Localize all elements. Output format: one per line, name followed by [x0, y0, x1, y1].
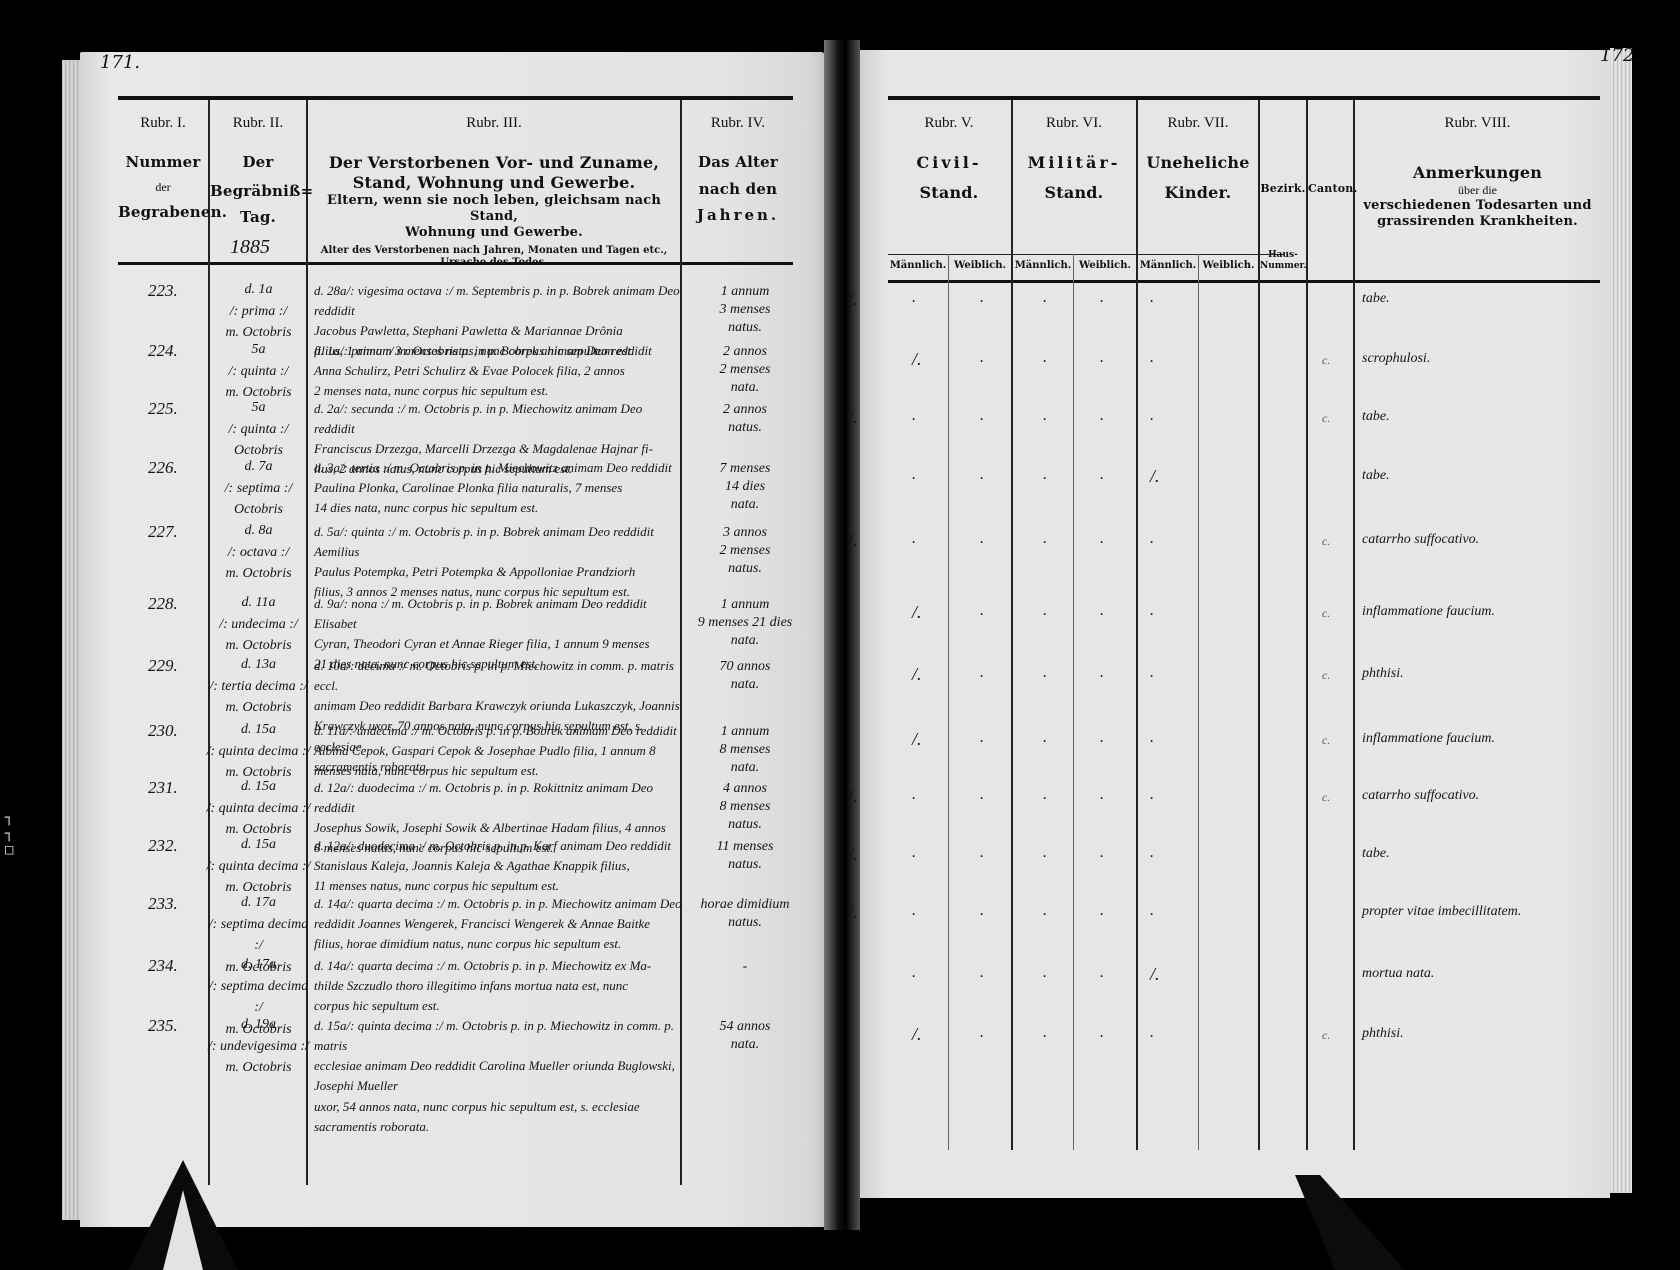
- burial-line: /: tertia decima :/: [206, 676, 311, 698]
- age-at-death: -: [690, 958, 800, 976]
- military-female-mark: .: [1043, 602, 1047, 620]
- record-line: corpus hic sepultum est.: [314, 996, 684, 1016]
- military-male-mark: .: [980, 602, 984, 620]
- rubr5-line1: Civil-: [888, 153, 1010, 173]
- civil-female-header: Weiblich.: [949, 260, 1011, 273]
- military-female-mark: .: [1043, 349, 1047, 367]
- entry-record: d. 15a/: quinta decima :/ m. Octobris p.…: [314, 1016, 684, 1137]
- illegitimate-female-mark: .: [1150, 602, 1154, 620]
- civil-male-mark: /.: [848, 289, 858, 310]
- illegitimate-female-mark: .: [1150, 786, 1154, 804]
- military-female-mark: .: [1043, 289, 1047, 307]
- illegitimate-male-mark: .: [1100, 786, 1104, 804]
- cause-of-death: propter vitae imbecillitatem.: [1362, 904, 1521, 920]
- record-line: thilde Szczudlo thoro illegitimo infans …: [314, 976, 684, 996]
- civil-male-mark: .: [848, 466, 852, 484]
- book-gutter: [824, 40, 860, 1230]
- burial-line: /: undevigesima :/: [206, 1036, 311, 1058]
- civil-female-mark: .: [912, 530, 916, 548]
- civil-female-mark: .: [912, 902, 916, 920]
- civil-male-mark: .: [848, 664, 852, 682]
- rubr5-header: Rubr. V. Civil- Stand.: [888, 114, 1010, 203]
- illegitimate-male-mark: .: [1100, 530, 1104, 548]
- record-line: d. 12a/: duodecima :/ m. Octobris p. in …: [314, 836, 684, 856]
- age-line: nata.: [690, 1036, 800, 1054]
- sex-divider: [1073, 254, 1074, 1150]
- bezirk-header: Bezirk.: [1260, 182, 1306, 196]
- rubr4-line1: Das Alter: [682, 153, 794, 172]
- entry-record: d. 14a/: quarta decima :/ m. Octobris p.…: [314, 894, 684, 954]
- military-female-mark: .: [1043, 964, 1047, 982]
- cause-of-death: tabe.: [1362, 409, 1390, 425]
- entry-record: d. 12a/: duodecima :/ m. Octobris p. in …: [314, 836, 684, 896]
- civil-female-mark: /.: [912, 664, 922, 685]
- rubr8-header: Rubr. VIII. Anmerkungen über die verschi…: [1355, 114, 1600, 230]
- burial-date: d. 15a/: quinta decima :/m. Octobris: [206, 834, 311, 899]
- military-female-mark: .: [1043, 786, 1047, 804]
- age-line: 8 menses: [690, 798, 800, 816]
- sex-divider: [948, 254, 949, 1150]
- film-frame-marks: ┐┐□: [5, 810, 13, 858]
- age-line: nata.: [690, 496, 800, 514]
- civil-male-mark: /.: [848, 902, 858, 923]
- illegitimate-female-mark: .: [1150, 902, 1154, 920]
- rubr5-line2: Stand.: [888, 183, 1010, 203]
- header-top-rule-left: [118, 96, 793, 100]
- burial-line: 5a: [206, 397, 311, 419]
- burial-line: /: quinta decima :/: [206, 741, 311, 763]
- cause-of-death: phthisi.: [1362, 666, 1404, 682]
- burial-line: d. 17a: [206, 954, 311, 976]
- record-line: d. 5a/: quinta :/ m. Octobris p. in p. B…: [314, 522, 684, 562]
- entry-number: 226.: [148, 458, 178, 478]
- civil-male-mark: /.: [848, 407, 858, 428]
- illegitimate-male-header: Männlich.: [1138, 260, 1198, 273]
- rubr4-line3: Jahren.: [682, 206, 794, 225]
- record-line: d. 28a/: vigesima octava :/ m. Septembri…: [314, 281, 684, 321]
- age-line: 9 menses 21 dies: [690, 614, 800, 632]
- military-male-header: Männlich.: [1013, 260, 1073, 273]
- rubr8-line3: verschiedenen Todesarten und: [1355, 198, 1600, 214]
- military-male-mark: .: [980, 407, 984, 425]
- rubr-label: Rubr. III.: [308, 114, 680, 133]
- illegitimate-male-mark: .: [1100, 844, 1104, 862]
- entry-number: 224.: [148, 341, 178, 361]
- military-male-mark: .: [980, 349, 984, 367]
- page-number-right: 172.: [1600, 45, 1640, 66]
- entry-number: 230.: [148, 721, 178, 741]
- rubr-label: Rubr. VI.: [1013, 114, 1135, 133]
- rubr8-line2: über die: [1355, 183, 1600, 198]
- military-female-mark: .: [1043, 466, 1047, 484]
- age-line: natus.: [690, 914, 800, 932]
- illegitimate-female-mark: .: [1150, 349, 1154, 367]
- burial-line: d. 17a: [206, 892, 311, 914]
- civil-male-header: Männlich.: [888, 260, 948, 273]
- age-line: 7 menses: [690, 460, 800, 478]
- illegitimate-female-mark: .: [1150, 844, 1154, 862]
- military-female-header: Weiblich.: [1074, 260, 1136, 273]
- cause-of-death: mortua nata.: [1362, 966, 1434, 982]
- canton-mark: c.: [1322, 606, 1330, 621]
- burial-date: d. 7a/: septima :/Octobris: [206, 456, 311, 521]
- age-line: natus.: [690, 816, 800, 834]
- rubr6-line1: Militär-: [1013, 153, 1135, 173]
- burial-line: d. 11a: [206, 592, 311, 614]
- rubr3-line1: Der Verstorbenen Vor- und Zuname,: [308, 153, 680, 173]
- rubr7-line1: Uneheliche: [1138, 153, 1258, 173]
- canton-header: Canton.: [1308, 182, 1353, 196]
- record-line: ecclesiae animam Deo reddidit Carolina M…: [314, 1056, 684, 1096]
- page-clip-right: [1295, 1175, 1405, 1270]
- sex-divider: [1198, 254, 1199, 1150]
- record-line: Cyran, Theodori Cyran et Annae Rieger fi…: [314, 634, 684, 654]
- rubr-label: Rubr. VIII.: [1355, 114, 1600, 133]
- entry-number: 225.: [148, 399, 178, 419]
- burial-line: d. 1a: [206, 279, 311, 301]
- age-line: 4 annos: [690, 780, 800, 798]
- record-line: reddidit Joannes Wengerek, Francisci Wen…: [314, 914, 684, 934]
- civil-male-mark: .: [848, 1024, 852, 1042]
- rubr-label: Rubr. IV.: [682, 114, 794, 133]
- rubr7-header: Rubr. VII. Uneheliche Kinder.: [1138, 114, 1258, 203]
- age-at-death: 54 annosnata.: [690, 1018, 800, 1054]
- illegitimate-male-mark: .: [1100, 964, 1104, 982]
- record-line: d. 11a/: undecima :/ m. Octobris p. in p…: [314, 721, 684, 741]
- rubr3-line2: Stand, Wohnung und Gewerbe.: [308, 173, 680, 193]
- entry-number: 233.: [148, 894, 178, 914]
- entry-number: 232.: [148, 836, 178, 856]
- military-male-mark: .: [980, 664, 984, 682]
- col-divider: [1136, 100, 1138, 1150]
- burial-date: 5a/: quinta :/Octobris: [206, 397, 311, 462]
- military-female-mark: .: [1043, 407, 1047, 425]
- rubr2-title3: Tag.: [210, 208, 306, 227]
- rubr1-header: Rubr. I. Nummer der Begrabenen.: [118, 114, 208, 221]
- military-female-mark: .: [1043, 664, 1047, 682]
- age-at-death: horae dimidiumnatus.: [690, 896, 800, 932]
- entry-record: d. 11a/: undecima :/ m. Octobris p. in p…: [314, 721, 684, 781]
- age-line: 8 menses: [690, 741, 800, 759]
- record-line: d. 15a/: quinta decima :/ m. Octobris p.…: [314, 1016, 684, 1056]
- age-line: 2 menses: [690, 361, 800, 379]
- age-line: 3 menses: [690, 301, 800, 319]
- civil-male-mark: .: [848, 349, 852, 367]
- haus-nummer-header: Haus-Nummer.: [1260, 250, 1306, 273]
- record-line: d. 14a/: quarta decima :/ m. Octobris p.…: [314, 956, 684, 976]
- burial-line: /: septima decima :/: [206, 914, 311, 957]
- age-at-death: 2 annosnatus.: [690, 401, 800, 437]
- rubr6-line2: Stand.: [1013, 183, 1135, 203]
- register-year: 1885: [230, 236, 270, 259]
- record-line: d. 10a/: decima :/ m. Octobris p. in p. …: [314, 656, 684, 696]
- illegitimate-female-mark: .: [1150, 530, 1154, 548]
- entry-record: d. 3a/: tertia :/ m. Octobris p. in p. M…: [314, 458, 684, 518]
- rubr3-header: Rubr. III. Der Verstorbenen Vor- und Zun…: [308, 114, 680, 270]
- record-line: d. 3a/: tertia :/ m. Octobris p. in p. M…: [314, 458, 684, 478]
- burial-date: d. 13a/: tertia decima :/m. Octobris: [206, 654, 311, 719]
- rubr8-line4: grassirenden Krankheiten.: [1355, 214, 1600, 230]
- canton-mark: c.: [1322, 534, 1330, 549]
- rubr3-line3: Eltern, wenn sie noch leben, gleichsam n…: [308, 193, 680, 226]
- rubr7-line2: Kinder.: [1138, 183, 1258, 203]
- burial-line: /: septima :/: [206, 478, 311, 500]
- cause-of-death: scrophulosi.: [1362, 351, 1430, 367]
- burial-date: d. 15a/: quinta decima :/m. Octobris: [206, 776, 311, 841]
- age-at-death: 2 annos2 mensesnata.: [690, 343, 800, 398]
- burial-line: /: prima :/: [206, 301, 311, 323]
- age-line: -: [690, 958, 800, 976]
- illegitimate-male-mark: .: [1100, 466, 1104, 484]
- header-bottom-rule-right: [888, 280, 1600, 283]
- age-line: natus.: [690, 319, 800, 337]
- military-male-mark: .: [980, 729, 984, 747]
- military-male-mark: .: [980, 844, 984, 862]
- civil-female-mark: .: [912, 964, 916, 982]
- rubr-label: Rubr. VII.: [1138, 114, 1258, 133]
- illegitimate-female-mark: .: [1150, 664, 1154, 682]
- rubr4-line2: nach den: [682, 180, 794, 199]
- record-line: Franciscus Drzezga, Marcelli Drzezga & M…: [314, 439, 684, 459]
- civil-male-mark: .: [848, 964, 852, 982]
- age-line: natus.: [690, 560, 800, 578]
- record-line: Paulina Plonka, Carolinae Plonka filia n…: [314, 478, 684, 498]
- age-at-death: 3 annos2 mensesnatus.: [690, 524, 800, 579]
- rubr3-line5: Alter des Verstorbenen nach Jahren, Mona…: [308, 245, 680, 258]
- cause-of-death: catarrho suffocativo.: [1362, 532, 1479, 548]
- burial-line: /: quinta decima :/: [206, 798, 311, 820]
- age-at-death: 1 annum9 menses 21 diesnata.: [690, 596, 800, 651]
- military-female-mark: .: [1043, 844, 1047, 862]
- age-line: 2 annos: [690, 343, 800, 361]
- entry-number: 231.: [148, 778, 178, 798]
- civil-female-mark: .: [912, 844, 916, 862]
- record-line: d. 2a/: secunda :/ m. Octobris p. in p. …: [314, 399, 684, 439]
- illegitimate-female-header: Weiblich.: [1199, 260, 1258, 273]
- burial-date: d. 15a/: quinta decima :/m. Octobris: [206, 719, 311, 784]
- civil-male-mark: /.: [848, 786, 858, 807]
- military-female-mark: .: [1043, 729, 1047, 747]
- burial-line: 5a: [206, 339, 311, 361]
- burial-line: d. 15a: [206, 776, 311, 798]
- illegitimate-male-mark: .: [1100, 602, 1104, 620]
- age-at-death: 4 annos8 mensesnatus.: [690, 780, 800, 835]
- rubr2-title: Der: [210, 153, 306, 172]
- age-line: nata.: [690, 676, 800, 694]
- burial-line: d. 8a: [206, 520, 311, 542]
- canton-mark: c.: [1322, 353, 1330, 368]
- col-divider: [1306, 100, 1308, 1150]
- age-line: 54 annos: [690, 1018, 800, 1036]
- burial-date: d. 11a/: undecima :/m. Octobris: [206, 592, 311, 657]
- illegitimate-male-mark: .: [1100, 289, 1104, 307]
- illegitimate-female-mark: /.: [1150, 964, 1160, 985]
- record-line: d. 12a/: duodecima :/ m. Octobris p. in …: [314, 778, 684, 818]
- age-line: nata.: [690, 379, 800, 397]
- burial-line: /: octava :/: [206, 542, 311, 564]
- rubr-label: Rubr. V.: [888, 114, 1010, 133]
- cause-of-death: catarrho suffocativo.: [1362, 788, 1479, 804]
- burial-line: d. 19a: [206, 1014, 311, 1036]
- age-line: horae dimidium: [690, 896, 800, 914]
- entry-record: d. 14a/: quarta decima :/ m. Octobris p.…: [314, 956, 684, 1016]
- record-line: Jacobus Pawletta, Stephani Pawletta & Ma…: [314, 321, 684, 341]
- illegitimate-male-mark: .: [1100, 1024, 1104, 1042]
- record-line: Anna Schulirz, Petri Schulirz & Evae Pol…: [314, 361, 684, 381]
- age-at-death: 1 annum8 mensesnata.: [690, 723, 800, 778]
- record-line: Paulus Potempka, Petri Potempka & Appoll…: [314, 562, 684, 582]
- age-line: 1 annum: [690, 596, 800, 614]
- record-line: sacramentis roborata.: [314, 1117, 684, 1137]
- record-line: 14 dies nata, nunc corpus hic sepultum e…: [314, 498, 684, 518]
- burial-line: /: septima decima :/: [206, 976, 311, 1019]
- rubr2-title2: Begräbniß=: [210, 182, 306, 201]
- age-line: 11 menses: [690, 838, 800, 856]
- cause-of-death: phthisi.: [1362, 1026, 1404, 1042]
- burial-date: d. 8a/: octava :/m. Octobris: [206, 520, 311, 585]
- burial-line: m. Octobris: [206, 563, 311, 585]
- entry-number: 235.: [148, 1016, 178, 1036]
- civil-female-mark: /.: [912, 349, 922, 370]
- civil-female-mark: .: [912, 466, 916, 484]
- age-line: 2 menses: [690, 542, 800, 560]
- military-male-mark: .: [980, 466, 984, 484]
- col-divider: [1011, 100, 1013, 1150]
- civil-female-mark: .: [912, 407, 916, 425]
- cause-of-death: tabe.: [1362, 291, 1390, 307]
- illegitimate-male-mark: .: [1100, 349, 1104, 367]
- age-line: 1 annum: [690, 723, 800, 741]
- burial-date: 5a/: quinta :/m. Octobris: [206, 339, 311, 404]
- burial-line: m. Octobris: [206, 697, 311, 719]
- canton-mark: c.: [1322, 733, 1330, 748]
- military-male-mark: .: [980, 1024, 984, 1042]
- entry-number: 223.: [148, 281, 178, 301]
- age-at-death: 11 mensesnatus.: [690, 838, 800, 874]
- rubr1-title2: Begrabenen.: [118, 203, 208, 222]
- burial-line: /: quinta :/: [206, 419, 311, 441]
- rubr2-header: Rubr. II. Der Begräbniß= Tag.: [210, 114, 306, 227]
- record-line: filius, horae dimidium natus, nunc corpu…: [314, 934, 684, 954]
- civil-female-mark: .: [912, 289, 916, 307]
- civil-female-mark: /.: [912, 1024, 922, 1045]
- illegitimate-female-mark: /.: [1150, 466, 1160, 487]
- rubr1-sub: der: [118, 180, 208, 195]
- age-line: 3 annos: [690, 524, 800, 542]
- burial-line: /: quinta :/: [206, 361, 311, 383]
- cause-of-death: tabe.: [1362, 846, 1390, 862]
- canton-mark: c.: [1322, 668, 1330, 683]
- burial-line: d. 7a: [206, 456, 311, 478]
- age-line: natus.: [690, 419, 800, 437]
- civil-male-mark: /.: [848, 530, 858, 551]
- illegitimate-female-mark: .: [1150, 289, 1154, 307]
- page-number-left: 171.: [100, 52, 140, 73]
- illegitimate-male-mark: .: [1100, 729, 1104, 747]
- military-male-mark: .: [980, 786, 984, 804]
- rubr8-line1: Anmerkungen: [1355, 163, 1600, 183]
- col-divider: [1353, 100, 1355, 1150]
- burial-date: d. 1a/: prima :/m. Octobris: [206, 279, 311, 344]
- rubr3-line6: Ursache des Todes.: [308, 257, 680, 270]
- entry-number: 229.: [148, 656, 178, 676]
- entry-record: d. 5a/: quinta :/ m. Octobris p. in p. B…: [314, 522, 684, 603]
- record-line: d. 1a/: prima :/ m. Octobris p. in p. Bo…: [314, 341, 684, 361]
- illegitimate-male-mark: .: [1100, 902, 1104, 920]
- military-male-mark: .: [980, 289, 984, 307]
- canton-mark: c.: [1322, 1028, 1330, 1043]
- header-top-rule-right: [888, 96, 1600, 100]
- burial-line: /: quinta decima :/: [206, 856, 311, 878]
- civil-female-mark: .: [912, 786, 916, 804]
- burial-line: d. 13a: [206, 654, 311, 676]
- military-male-mark: .: [980, 530, 984, 548]
- illegitimate-male-mark: .: [1100, 664, 1104, 682]
- burial-line: Octobris: [206, 499, 311, 521]
- military-male-mark: .: [980, 964, 984, 982]
- military-female-mark: .: [1043, 530, 1047, 548]
- record-line: d. 9a/: nona :/ m. Octobris p. in p. Bob…: [314, 594, 684, 634]
- age-line: 2 annos: [690, 401, 800, 419]
- canton-mark: c.: [1322, 790, 1330, 805]
- military-female-mark: .: [1043, 902, 1047, 920]
- age-line: nata.: [690, 632, 800, 650]
- burial-line: m. Octobris: [206, 1057, 311, 1079]
- record-line: uxor, 54 annos nata, nunc corpus hic sep…: [314, 1097, 684, 1117]
- record-line: Stanislaus Kaleja, Joannis Kaleja & Agat…: [314, 856, 684, 876]
- cause-of-death: tabe.: [1362, 468, 1390, 484]
- civil-female-mark: /.: [912, 602, 922, 623]
- age-at-death: 1 annum3 mensesnatus.: [690, 283, 800, 338]
- illegitimate-female-mark: .: [1150, 1024, 1154, 1042]
- entry-number: 228.: [148, 594, 178, 614]
- illegitimate-female-mark: .: [1150, 407, 1154, 425]
- cause-of-death: inflammatione faucium.: [1362, 731, 1495, 747]
- military-male-mark: .: [980, 902, 984, 920]
- illegitimate-male-mark: .: [1100, 407, 1104, 425]
- age-at-death: 7 menses14 diesnata.: [690, 460, 800, 515]
- rubr3-line4: Wohnung und Gewerbe.: [308, 225, 680, 241]
- rubr1-title: Nummer: [118, 153, 208, 172]
- book-page-edges-right: [1610, 48, 1632, 1193]
- page-clip-left: [128, 1160, 248, 1270]
- rubr-label: Rubr. I.: [118, 114, 208, 133]
- record-line: animam Deo reddidit Barbara Krawczyk ori…: [314, 696, 684, 716]
- burial-line: d. 15a: [206, 834, 311, 856]
- civil-female-mark: /.: [912, 729, 922, 750]
- age-line: 1 annum: [690, 283, 800, 301]
- entry-record: d. 1a/: prima :/ m. Octobris p. in p. Bo…: [314, 341, 684, 401]
- age-line: 70 annos: [690, 658, 800, 676]
- age-at-death: 70 annosnata.: [690, 658, 800, 694]
- canton-mark: c.: [1322, 411, 1330, 426]
- burial-line: /: undecima :/: [206, 614, 311, 636]
- civil-male-mark: .: [848, 602, 852, 620]
- rubr6-header: Rubr. VI. Militär- Stand.: [1013, 114, 1135, 203]
- record-line: Albina Cepok, Gaspari Cepok & Josephae P…: [314, 741, 684, 761]
- age-line: 14 dies: [690, 478, 800, 496]
- rubr4-header: Rubr. IV. Das Alter nach den Jahren.: [682, 114, 794, 225]
- entry-number: 234.: [148, 956, 178, 976]
- entry-number: 227.: [148, 522, 178, 542]
- civil-male-mark: /.: [848, 844, 858, 865]
- illegitimate-female-mark: .: [1150, 729, 1154, 747]
- age-line: natus.: [690, 856, 800, 874]
- burial-date: d. 19a/: undevigesima :/m. Octobris: [206, 1014, 311, 1079]
- record-line: d. 14a/: quarta decima :/ m. Octobris p.…: [314, 894, 684, 914]
- military-female-mark: .: [1043, 1024, 1047, 1042]
- cause-of-death: inflammatione faucium.: [1362, 604, 1495, 620]
